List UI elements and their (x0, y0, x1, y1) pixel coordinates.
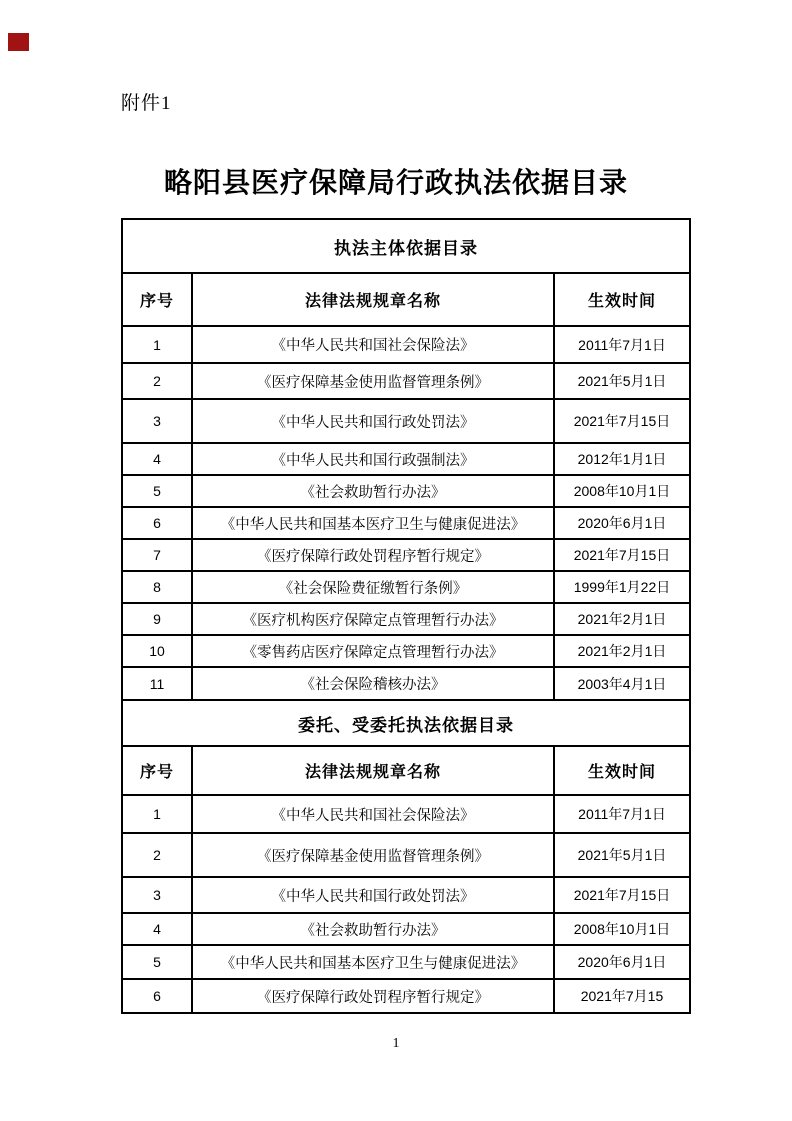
column-header-row: 序号法律法规规章名称生效时间 (122, 746, 690, 795)
table-row: 6《中华人民共和国基本医疗卫生与健康促进法》2020年6月1日 (122, 507, 690, 539)
effective-date: 2021年7月15 (554, 979, 690, 1013)
row-number: 9 (122, 603, 192, 635)
effective-date: 2021年5月1日 (554, 363, 690, 399)
effective-date: 2011年7月1日 (554, 795, 690, 833)
page-title: 略阳县医疗保障局行政执法依据目录 (0, 161, 792, 201)
row-number: 2 (122, 363, 192, 399)
row-number: 7 (122, 539, 192, 571)
row-number: 6 (122, 979, 192, 1013)
effective-date: 2021年7月15日 (554, 539, 690, 571)
table-row: 4《中华人民共和国行政强制法》2012年1月1日 (122, 443, 690, 475)
law-name: 《医疗机构医疗保障定点管理暂行办法》 (192, 603, 554, 635)
law-name: 《医疗保障基金使用监督管理条例》 (192, 833, 554, 877)
effective-date: 2003年4月1日 (554, 667, 690, 700)
law-name: 《社会救助暂行办法》 (192, 913, 554, 945)
law-name: 《中华人民共和国行政强制法》 (192, 443, 554, 475)
row-number: 1 (122, 795, 192, 833)
row-number: 3 (122, 877, 192, 913)
table-row: 10《零售药店医疗保障定点管理暂行办法》2021年2月1日 (122, 635, 690, 667)
law-name: 《中华人民共和国基本医疗卫生与健康促进法》 (192, 507, 554, 539)
law-name: 《中华人民共和国行政处罚法》 (192, 877, 554, 913)
row-number: 4 (122, 913, 192, 945)
document-page: 附件1 略阳县医疗保障局行政执法依据目录 执法主体依据目录序号法律法规规章名称生… (0, 0, 792, 1121)
law-name: 《社会救助暂行办法》 (192, 475, 554, 507)
column-header: 序号 (122, 746, 192, 795)
row-number: 6 (122, 507, 192, 539)
section-header: 委托、受委托执法依据目录 (122, 700, 690, 746)
law-name: 《社会保险稽核办法》 (192, 667, 554, 700)
effective-date: 2020年6月1日 (554, 945, 690, 979)
table-row: 5《社会救助暂行办法》2008年10月1日 (122, 475, 690, 507)
effective-date: 2011年7月1日 (554, 326, 690, 363)
column-header: 序号 (122, 273, 192, 326)
table-row: 7《医疗保障行政处罚程序暂行规定》2021年7月15日 (122, 539, 690, 571)
effective-date: 2021年2月1日 (554, 603, 690, 635)
effective-date: 2008年10月1日 (554, 913, 690, 945)
column-header: 法律法规规章名称 (192, 273, 554, 326)
page-number: 1 (0, 1036, 792, 1052)
row-number: 5 (122, 475, 192, 507)
law-name: 《医疗保障行政处罚程序暂行规定》 (192, 979, 554, 1013)
row-number: 2 (122, 833, 192, 877)
law-name: 《中华人民共和国行政处罚法》 (192, 399, 554, 443)
table-row: 1《中华人民共和国社会保险法》2011年7月1日 (122, 326, 690, 363)
table-row: 4《社会救助暂行办法》2008年10月1日 (122, 913, 690, 945)
law-name: 《零售药店医疗保障定点管理暂行办法》 (192, 635, 554, 667)
column-header-row: 序号法律法规规章名称生效时间 (122, 273, 690, 326)
law-name: 《医疗保障基金使用监督管理条例》 (192, 363, 554, 399)
effective-date: 2021年7月15日 (554, 877, 690, 913)
effective-date: 2020年6月1日 (554, 507, 690, 539)
effective-date: 2012年1月1日 (554, 443, 690, 475)
section-header-row: 委托、受委托执法依据目录 (122, 700, 690, 746)
row-number: 4 (122, 443, 192, 475)
table-row: 5《中华人民共和国基本医疗卫生与健康促进法》2020年6月1日 (122, 945, 690, 979)
row-number: 11 (122, 667, 192, 700)
table-row: 3《中华人民共和国行政处罚法》2021年7月15日 (122, 399, 690, 443)
row-number: 8 (122, 571, 192, 603)
effective-date: 1999年1月22日 (554, 571, 690, 603)
law-name: 《中华人民共和国社会保险法》 (192, 326, 554, 363)
row-number: 3 (122, 399, 192, 443)
effective-date: 2008年10月1日 (554, 475, 690, 507)
red-annotation-mark-icon (8, 33, 29, 51)
effective-date: 2021年2月1日 (554, 635, 690, 667)
table-row: 3《中华人民共和国行政处罚法》2021年7月15日 (122, 877, 690, 913)
row-number: 10 (122, 635, 192, 667)
table-row: 11《社会保险稽核办法》2003年4月1日 (122, 667, 690, 700)
law-catalog-table: 执法主体依据目录序号法律法规规章名称生效时间1《中华人民共和国社会保险法》201… (121, 218, 691, 1014)
row-number: 5 (122, 945, 192, 979)
table-row: 2《医疗保障基金使用监督管理条例》2021年5月1日 (122, 833, 690, 877)
law-name: 《社会保险费征缴暂行条例》 (192, 571, 554, 603)
column-header: 生效时间 (554, 273, 690, 326)
row-number: 1 (122, 326, 192, 363)
law-name: 《中华人民共和国社会保险法》 (192, 795, 554, 833)
law-name: 《中华人民共和国基本医疗卫生与健康促进法》 (192, 945, 554, 979)
section-header-row: 执法主体依据目录 (122, 219, 690, 273)
table-row: 1《中华人民共和国社会保险法》2011年7月1日 (122, 795, 690, 833)
column-header: 法律法规规章名称 (192, 746, 554, 795)
law-name: 《医疗保障行政处罚程序暂行规定》 (192, 539, 554, 571)
table-row: 6《医疗保障行政处罚程序暂行规定》2021年7月15 (122, 979, 690, 1013)
column-header: 生效时间 (554, 746, 690, 795)
effective-date: 2021年7月15日 (554, 399, 690, 443)
section-header: 执法主体依据目录 (122, 219, 690, 273)
table-row: 9《医疗机构医疗保障定点管理暂行办法》2021年2月1日 (122, 603, 690, 635)
table-row: 2《医疗保障基金使用监督管理条例》2021年5月1日 (122, 363, 690, 399)
effective-date: 2021年5月1日 (554, 833, 690, 877)
table-row: 8《社会保险费征缴暂行条例》1999年1月22日 (122, 571, 690, 603)
attachment-label: 附件1 (121, 88, 172, 115)
